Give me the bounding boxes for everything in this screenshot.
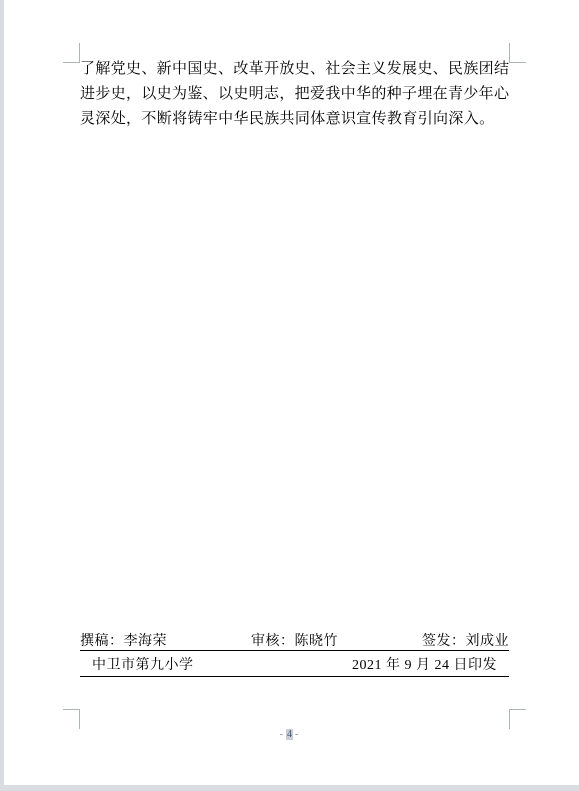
document-footer: 撰稿：李海荣 审核：陈晓竹 签发：刘成业 中卫市第九小学 2021 年 9 月 … (80, 630, 509, 677)
page-number-field: 4 (286, 729, 293, 740)
imprint-row: 中卫市第九小学 2021 年 9 月 24 日印发 (80, 651, 509, 676)
signature-row: 撰稿：李海荣 审核：陈晓竹 签发：刘成业 (80, 630, 509, 650)
person-name: 陈晓竹 (295, 634, 339, 649)
text-boundary-mark-bottom-left (63, 709, 80, 729)
canvas-edge-bottom (0, 785, 579, 791)
issuing-organization[interactable]: 中卫市第九小学 (92, 654, 194, 674)
body-text-line[interactable]: 进步史，以史为鉴、以史明志，把爱我中华的种子埋在青少年心 (80, 82, 509, 107)
person-name: 李海荣 (124, 634, 168, 649)
document-body-text[interactable]: 了解党史、新中国史、改革开放史、社会主义发展史、民族团结 进步史，以史为鉴、以史… (80, 57, 509, 132)
person-name: 刘成业 (466, 634, 510, 649)
page-number-prefix: - (280, 729, 284, 740)
footer-rule-bottom (80, 676, 509, 677)
text-boundary-mark-top-left (63, 43, 80, 63)
role-label: 撰稿： (80, 634, 124, 649)
signature-entry-reviewer[interactable]: 审核：陈晓竹 (251, 630, 338, 650)
text-boundary-mark-bottom-right (509, 709, 526, 729)
canvas-edge-left (0, 0, 4, 791)
page-number-suffix: - (295, 729, 299, 740)
signature-entry-drafter[interactable]: 撰稿：李海荣 (80, 630, 167, 650)
role-label: 审核： (251, 634, 295, 649)
body-text-line[interactable]: 了解党史、新中国史、改革开放史、社会主义发展史、民族团结 (80, 57, 509, 82)
page-number: -4- (0, 729, 579, 740)
signature-entry-issuer[interactable]: 签发：刘成业 (422, 630, 509, 650)
issue-date[interactable]: 2021 年 9 月 24 日印发 (352, 654, 497, 674)
body-text-line[interactable]: 灵深处，不断将铸牢中华民族共同体意识宣传教育引向深入。 (80, 107, 509, 132)
text-boundary-mark-top-right (509, 43, 526, 63)
role-label: 签发： (422, 634, 466, 649)
